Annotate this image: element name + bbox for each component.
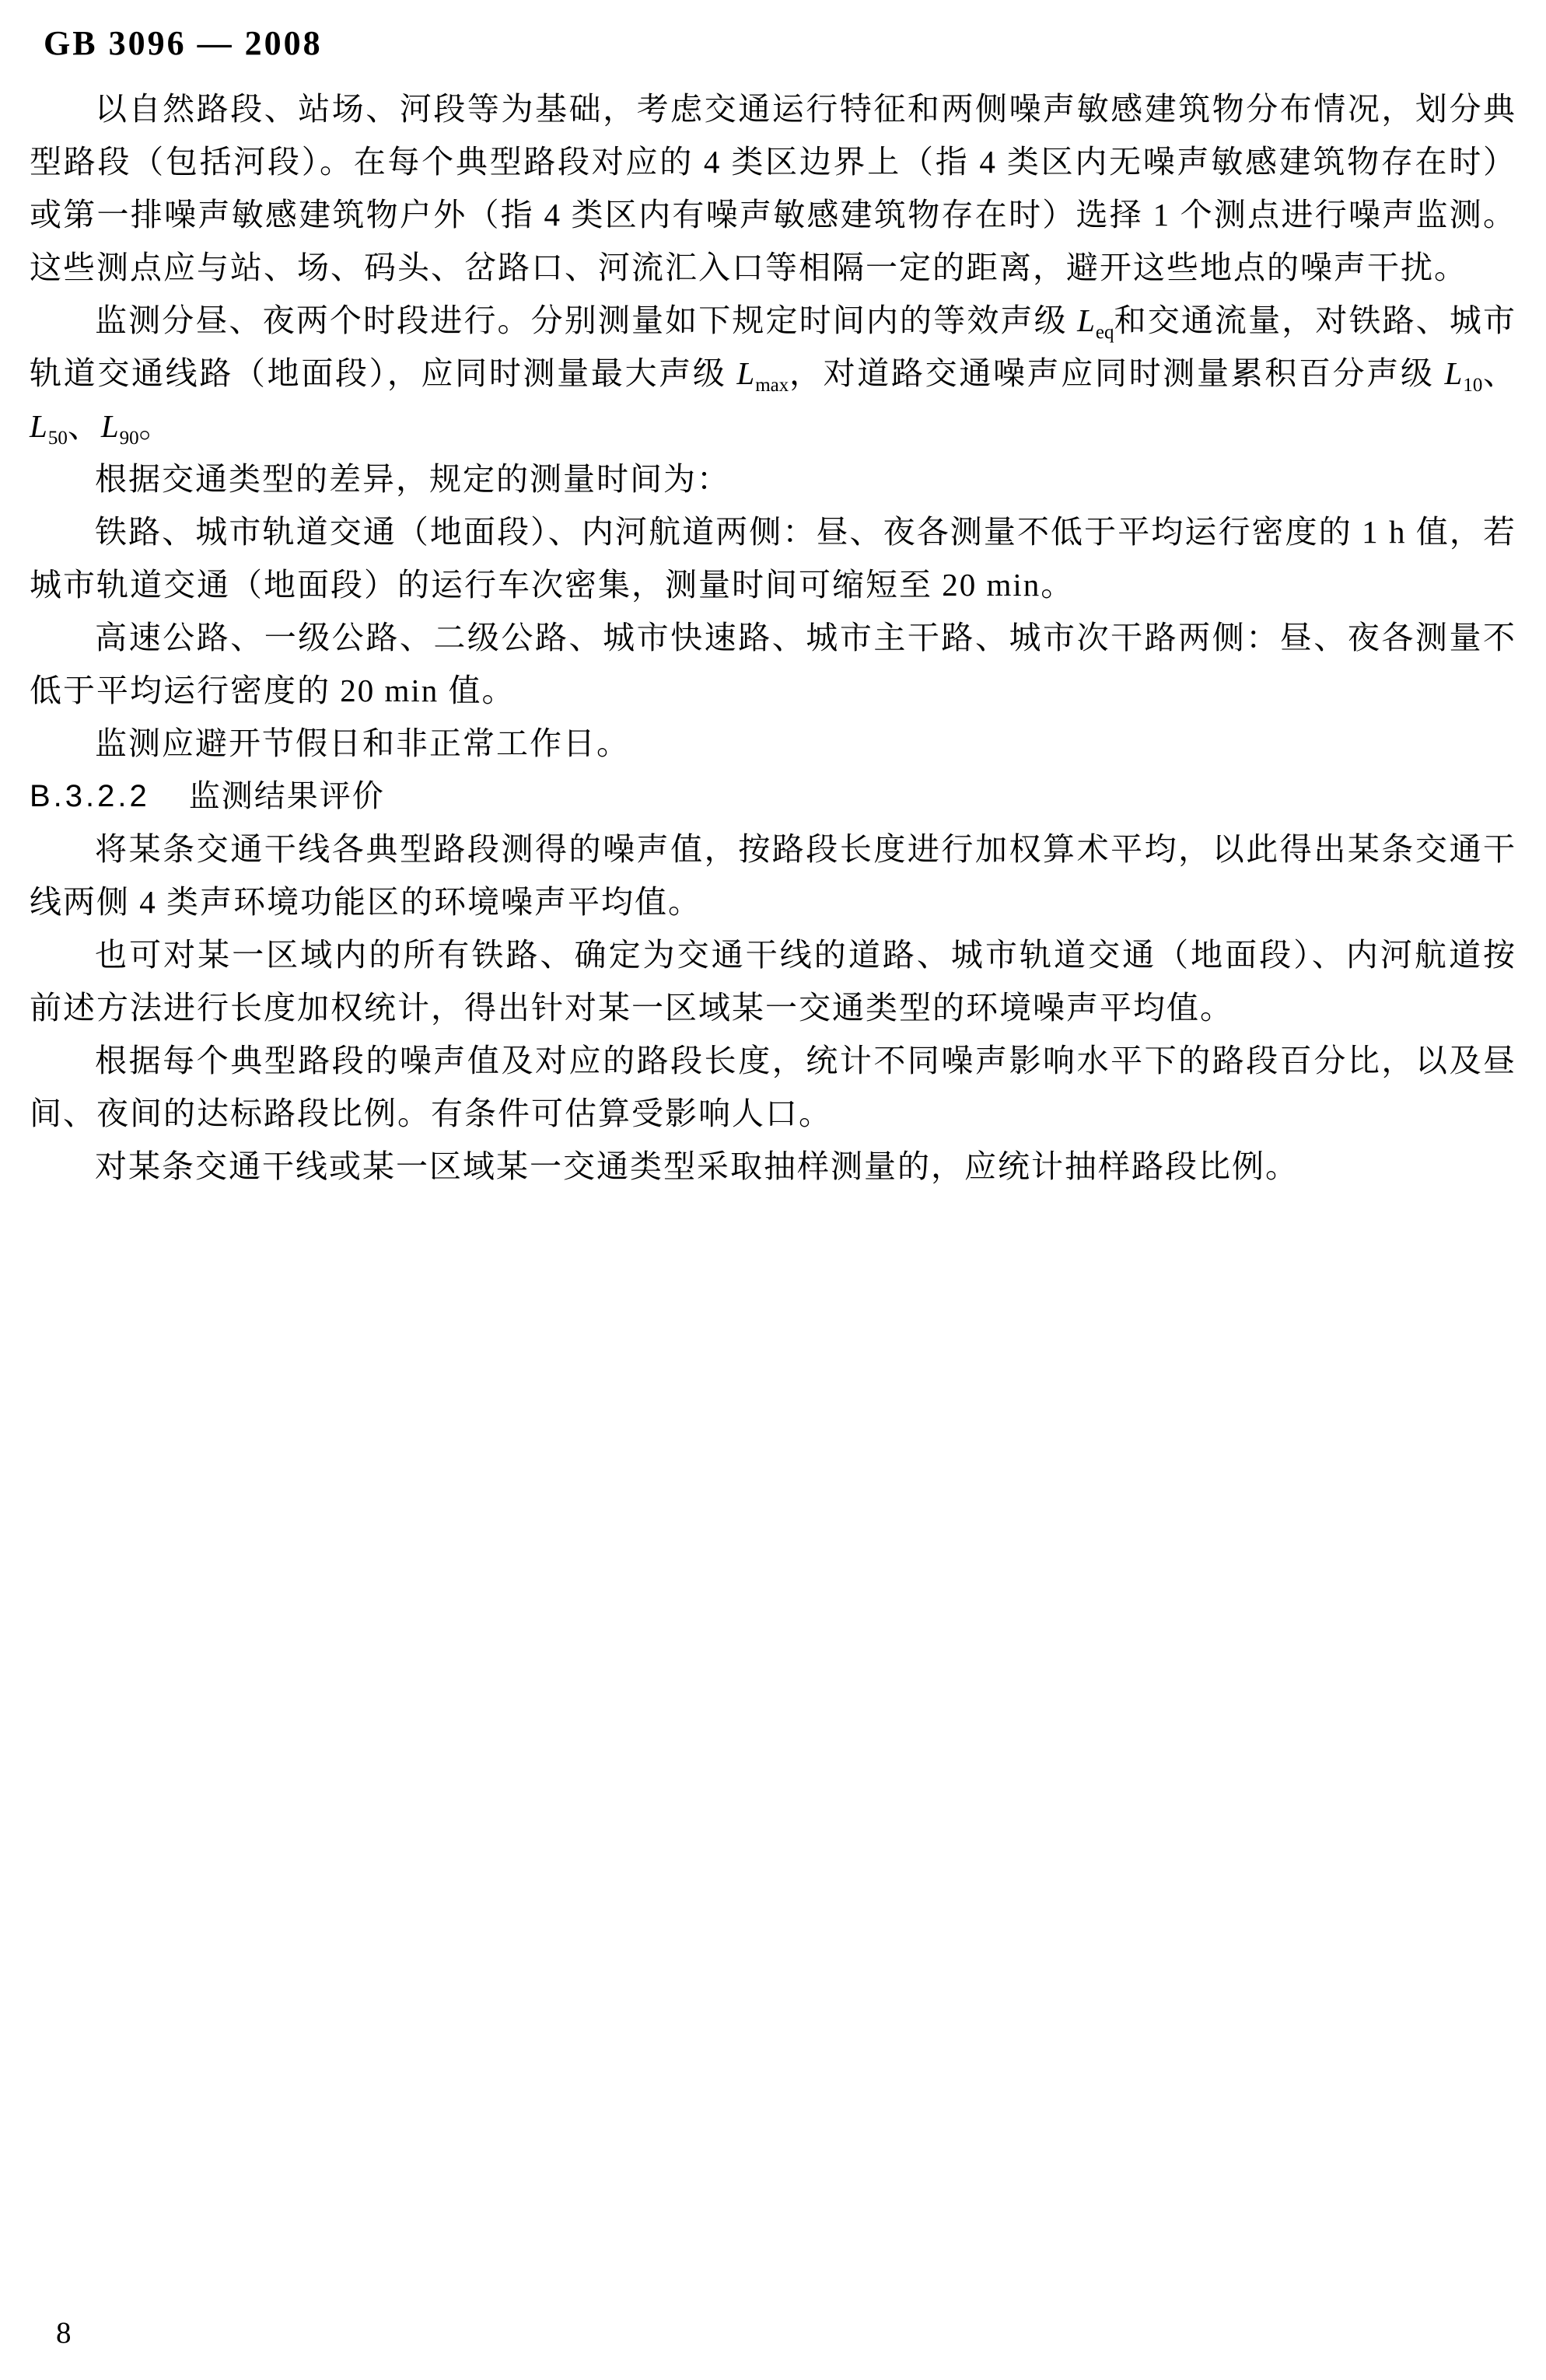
- clause-number: B.3.2.2: [30, 770, 150, 823]
- standard-number-header: GB 3096 — 2008: [44, 23, 323, 63]
- paragraph: 以自然路段、站场、河段等为基础，考虑交通运行特征和两侧噪声敏感建筑物分布情况，划…: [30, 82, 1516, 294]
- paragraph: 根据交通类型的差异，规定的测量时间为：: [30, 453, 1516, 505]
- math-symbol: Lmax: [736, 355, 789, 391]
- paragraph: 监测分昼、夜两个时段进行。分别测量如下规定时间内的等效声级 Leq和交通流量，对…: [30, 294, 1516, 453]
- math-symbol: L90: [101, 408, 139, 444]
- math-symbol: L10: [1445, 355, 1483, 391]
- document-page: GB 3096 — 2008 以自然路段、站场、河段等为基础，考虑交通运行特征和…: [0, 0, 1546, 2380]
- page-number: 8: [56, 2315, 72, 2350]
- paragraph: 铁路、城市轨道交通（地面段）、内河航道两侧：昼、夜各测量不低于平均运行密度的 1…: [30, 505, 1516, 611]
- paragraph: 高速公路、一级公路、二级公路、城市快速路、城市主干路、城市次干路两侧：昼、夜各测…: [30, 611, 1516, 717]
- paragraph: 对某条交通干线或某一区域某一交通类型采取抽样测量的，应统计抽样路段比例。: [30, 1140, 1516, 1193]
- clause-heading: B.3.2.2监测结果评价: [30, 770, 1516, 823]
- math-symbol: Leq: [1077, 302, 1114, 338]
- paragraph: 也可对某一区域内的所有铁路、确定为交通干线的道路、城市轨道交通（地面段）、内河航…: [30, 928, 1516, 1034]
- paragraph: 根据每个典型路段的噪声值及对应的路段长度，统计不同噪声影响水平下的路段百分比，以…: [30, 1034, 1516, 1140]
- paragraph: 将某条交通干线各典型路段测得的噪声值，按路段长度进行加权算术平均，以此得出某条交…: [30, 823, 1516, 928]
- clause-title: 监测结果评价: [189, 779, 385, 813]
- math-symbol: L50: [30, 408, 68, 444]
- paragraph: 监测应避开节假日和非正常工作日。: [30, 717, 1516, 770]
- document-body: 以自然路段、站场、河段等为基础，考虑交通运行特征和两侧噪声敏感建筑物分布情况，划…: [30, 82, 1516, 1193]
